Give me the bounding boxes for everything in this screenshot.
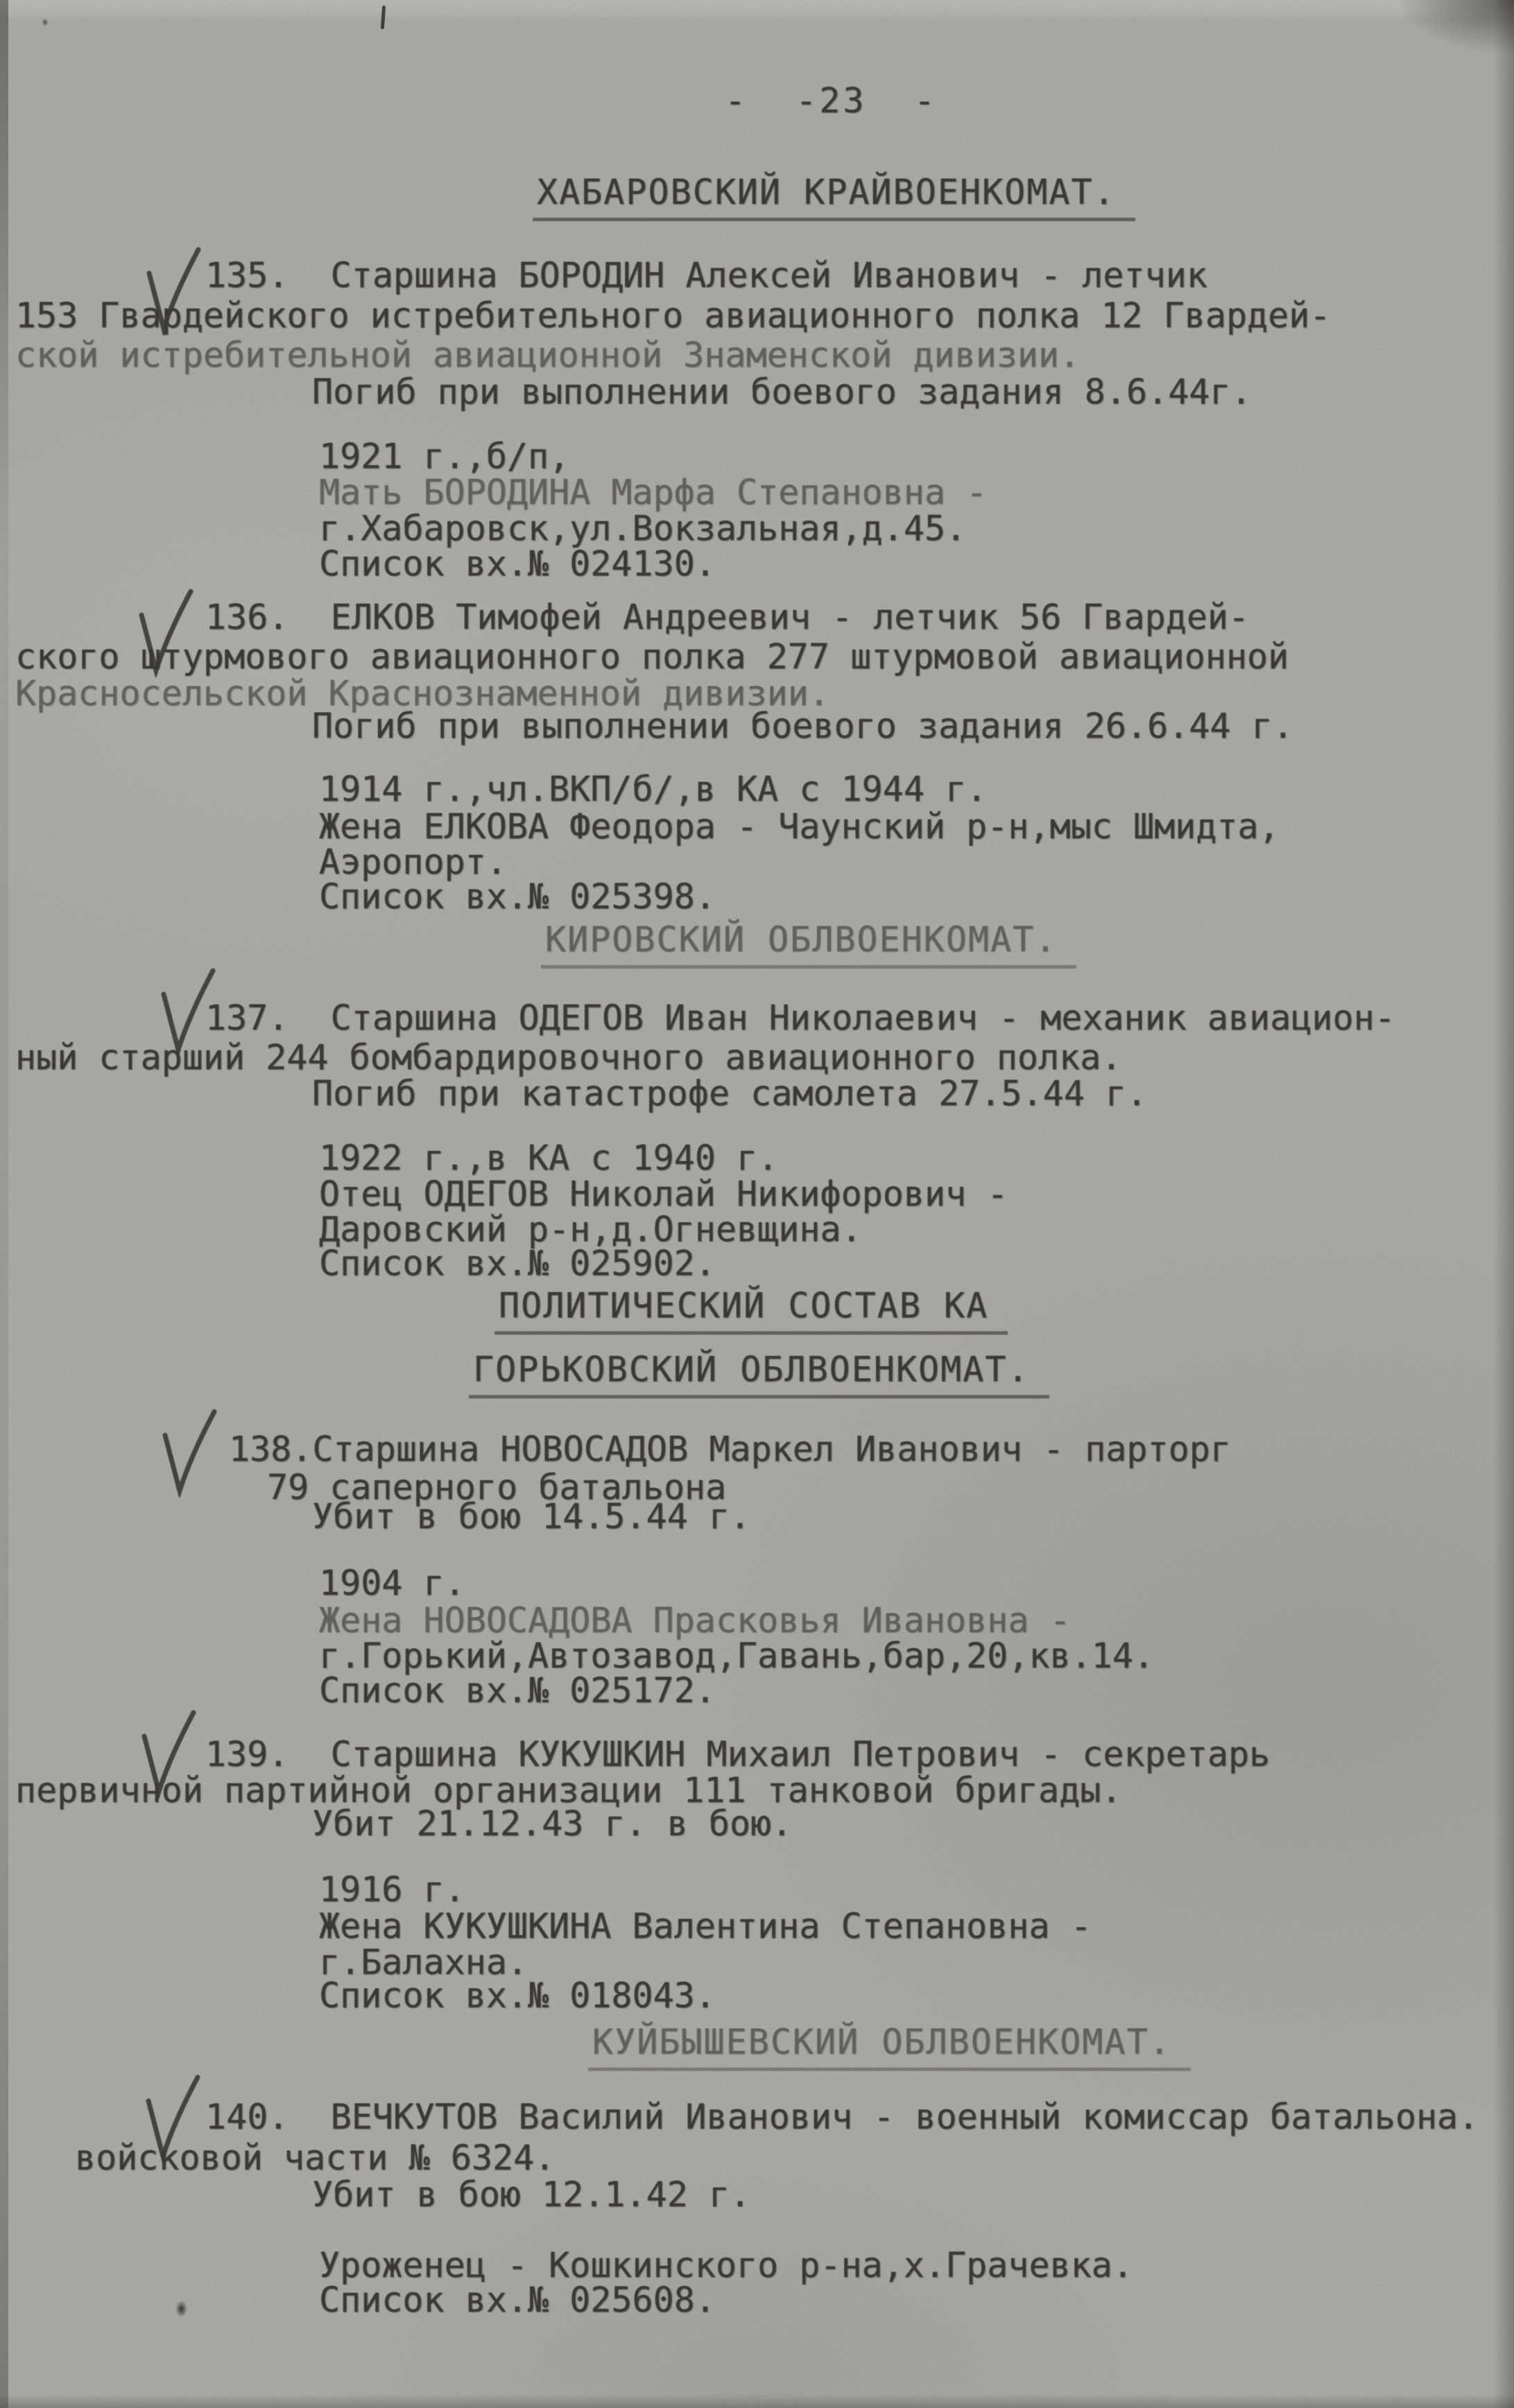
text-line: Погиб при выполнении боевого задания 26.… — [312, 709, 1293, 743]
text-line: 1914 г.,чл.ВКП/б/,в КА с 1944 г. — [319, 772, 987, 806]
text-line: г.Балахна. — [319, 1945, 528, 1980]
text-line: Мать БОРОДИНА Марфа Степановна - — [319, 475, 987, 510]
text-line: 138.Старшина НОВОСАДОВ Маркел Иванович -… — [229, 1432, 1231, 1466]
text-line: первичной партийной организации 111 танк… — [15, 1773, 1121, 1808]
text-line: Жена НОВОСАДОВА Прасковья Ивановна - — [319, 1603, 1071, 1638]
text-line: 137. Старшина ОДЕГОВ Иван Николаевич - м… — [205, 1001, 1395, 1035]
text-line: 1904 г. — [319, 1566, 465, 1600]
text-line: г.Хабаровск,ул.Вокзальная,д.45. — [319, 511, 966, 546]
text-line: Аэропорт. — [319, 844, 507, 879]
text-line: Уроженец - Кошкинского р-на,х.Грачевка. — [319, 2248, 1133, 2283]
text-line: Список вх.№ 025398. — [319, 879, 716, 914]
text-line: 1922 г.,в КА с 1940 г. — [319, 1141, 778, 1175]
text-line: ского штурмового авиационного полка 277 … — [15, 639, 1289, 674]
text-line: Жена ЕЛКОВА Феодора - Чаунский р-н,мыс Ш… — [319, 809, 1280, 844]
document-page: { "page": { "number": "- -23 -", "paper_… — [0, 0, 1514, 2408]
text-line: ный старший 244 бомбардировочного авиаци… — [15, 1040, 1121, 1075]
text-line: Список вх.№ 025902. — [319, 1246, 716, 1281]
text-line: войсковой части № 6324. — [75, 2140, 555, 2175]
section-header: КИРОВСКИЙ ОБЛВОЕНКОМАТ. — [541, 922, 1076, 969]
section-header: ГОРЬКОВСКИЙ ОБЛВОЕНКОМАТ. — [469, 1352, 1049, 1398]
text-line: Убит в бою 12.1.42 г. — [312, 2177, 750, 2212]
text-line: ской истребительной авиационной Знаменск… — [15, 338, 1080, 372]
checkmark-icon — [157, 1406, 221, 1498]
text-line: Погиб при выполнении боевого задания 8.6… — [312, 374, 1252, 409]
text-line: Список вх.№ 025608. — [319, 2283, 716, 2317]
page-number: - -23 - — [725, 83, 938, 118]
text-line: Список вх.№ 024130. — [319, 546, 716, 581]
text-line: Погиб при катастрофе самолета 27.5.44 г. — [312, 1076, 1147, 1111]
text-line: 140. ВЕЧКУТОВ Василий Иванович - военный… — [205, 2099, 1479, 2134]
text-line: Список вх.№ 025172. — [319, 1673, 716, 1708]
text-line: Отец ОДЕГОВ Николай Никифорович - — [319, 1177, 1008, 1211]
text-line: 136. ЕЛКОВ Тимофей Андреевич - летчик 56… — [205, 600, 1249, 634]
text-line: 1921 г.,б/п, — [319, 439, 569, 474]
text-line: 153 Гвардейского истребительного авиацио… — [15, 298, 1330, 333]
text-line: Жена КУКУШКИНА Валентина Степановна - — [319, 1909, 1092, 1943]
text-line: 1916 г. — [319, 1872, 465, 1907]
text-line: 139. Старшина КУКУШКИН Михаил Петрович -… — [205, 1737, 1270, 1772]
section-header: КУЙБЫШЕВСКИЙ ОБЛВОЕНКОМАТ. — [588, 2025, 1191, 2071]
text-line: г.Горький,Автозавод,Гавань,бар,20,кв.14. — [319, 1638, 1154, 1673]
text-line: Даровский р-н,д.Огневщина. — [319, 1212, 862, 1247]
section-header: ПОЛИТИЧЕСКИЙ СОСТАВ КА — [494, 1288, 1008, 1335]
text-line: Убит 21.12.43 г. в бою. — [312, 1806, 792, 1841]
text-line: Список вх.№ 018043. — [319, 1978, 716, 2013]
scanned-sheet: - -23 - ХАБАРОВСКИЙ КРАЙВОЕНКОМАТ. 135. … — [0, 0, 1514, 2408]
text-line: 135. Старшина БОРОДИН Алексей Иванович -… — [205, 258, 1207, 293]
section-header: ХАБАРОВСКИЙ КРАЙВОЕНКОМАТ. — [533, 175, 1135, 221]
text-line: Убит в бою 14.5.44 г. — [312, 1499, 750, 1534]
